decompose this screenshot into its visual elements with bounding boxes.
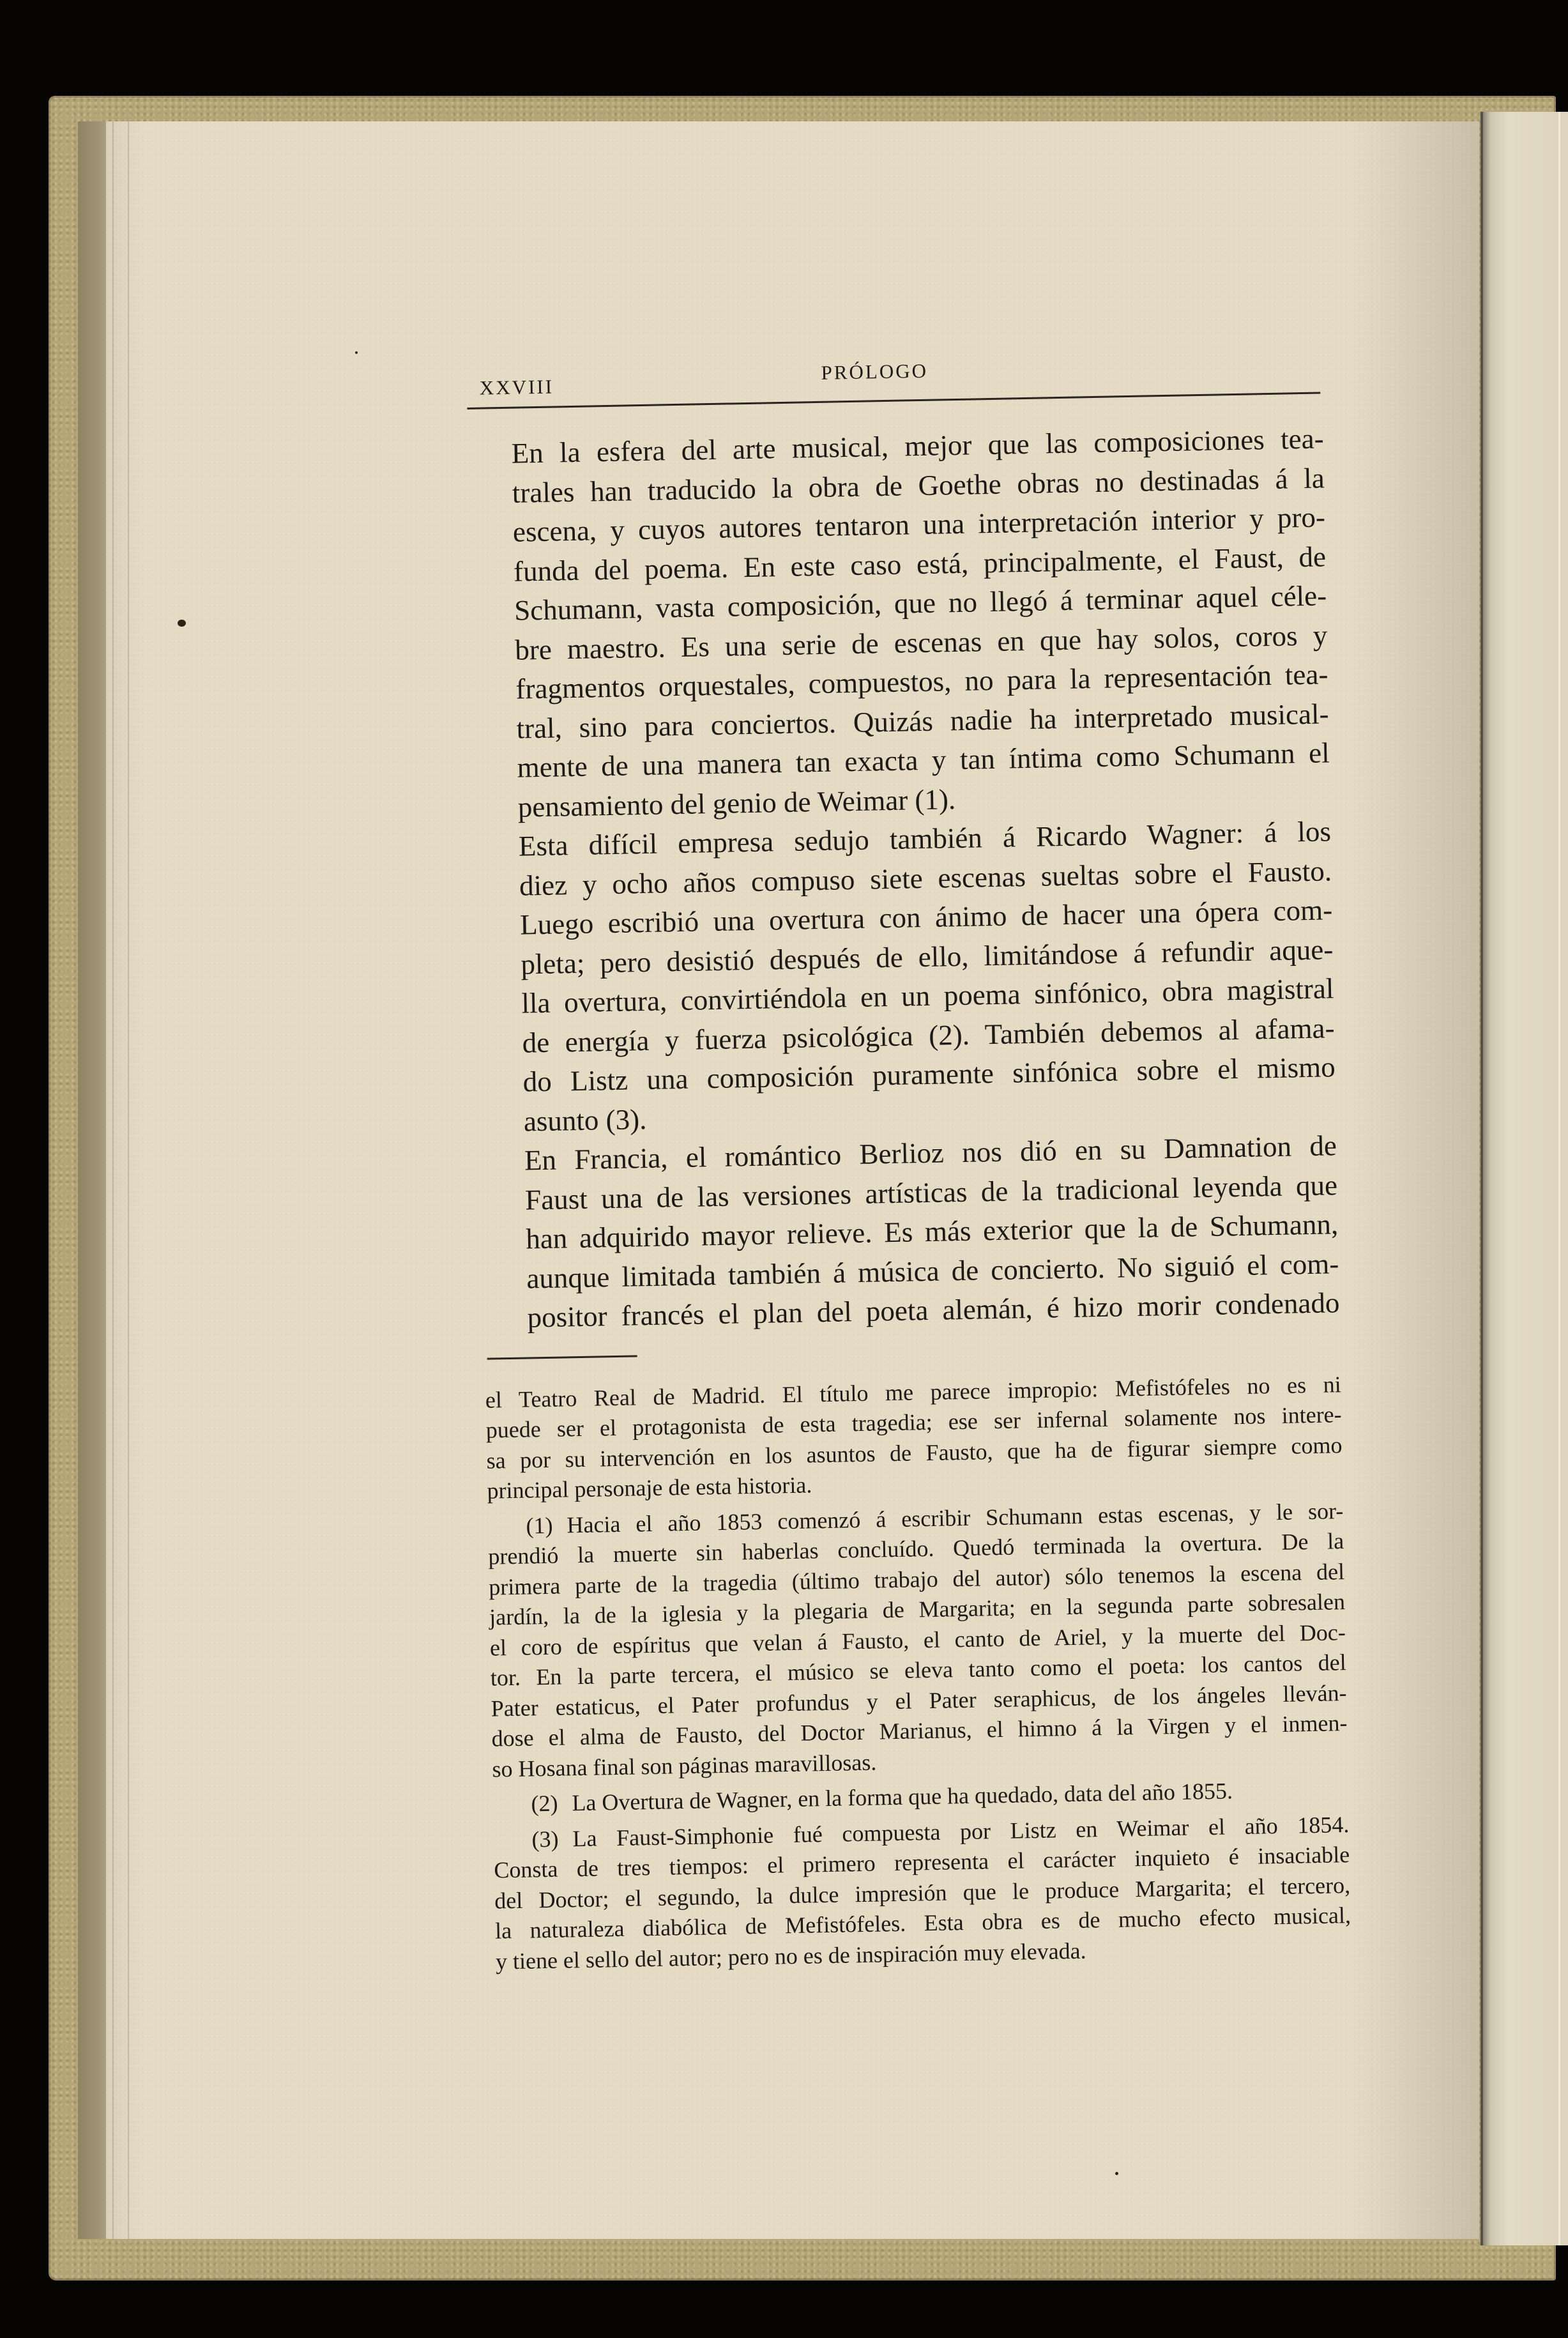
paragraph-3: En Francia, el romántico Berlioz nos dió… (481, 1126, 1340, 1338)
page-crease (1558, 112, 1560, 2245)
book-hinge (78, 121, 106, 2239)
page-text-block: XXVIII PRÓLOGO En la esfera del arte mus… (466, 342, 1351, 1976)
body-text: En la esfera del arte musical, mejor que… (468, 419, 1340, 1338)
footnote-continued: el Teatro Real de Madrid. El título me p… (485, 1370, 1343, 1507)
ink-speck (1115, 2172, 1118, 2175)
next-page-edge (1480, 112, 1568, 2245)
footnote-number: (3) (531, 1826, 559, 1852)
footnote-text: La Overtura de Wagner, en la forma que h… (572, 1778, 1233, 1815)
paragraph-1: En la esfera del arte musical, mejor que… (468, 419, 1330, 827)
footnotes: el Teatro Real de Madrid. El título me p… (485, 1370, 1351, 1977)
page-stack-edges (106, 121, 143, 2239)
page-number: XXVIII (480, 376, 554, 400)
footnote-separator (487, 1355, 637, 1359)
footnote-1: (1)Hacia el año 1853 comenzó á escribir … (487, 1496, 1348, 1785)
footnote-number: (1) (526, 1512, 553, 1538)
footnote-number: (2) (531, 1791, 558, 1817)
ink-speck (178, 620, 186, 627)
paragraph-2: Esta difícil empresa sedujo también á Ri… (475, 812, 1336, 1142)
ink-speck (355, 351, 358, 354)
running-title: PRÓLOGO (821, 360, 928, 385)
footnote-3: (3)La Faust-Simphonie fué compuesta por … (493, 1810, 1351, 1977)
